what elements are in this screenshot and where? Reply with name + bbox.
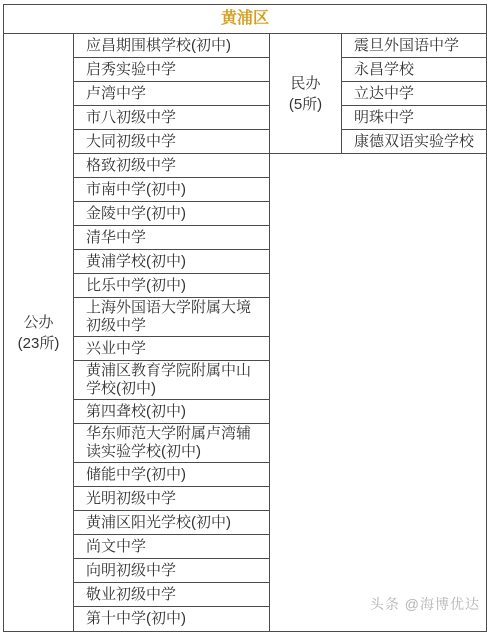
right-section: 民办 (5所) 震旦外国语中学 永昌学校 立达中学 明珠中学 康德双语实验学校 — [270, 34, 486, 631]
public-school-cell: 黄浦学校(初中) — [74, 250, 269, 274]
private-schools-column: 震旦外国语中学 永昌学校 立达中学 明珠中学 康德双语实验学校 — [342, 34, 486, 154]
public-school-cell: 卢湾中学 — [74, 82, 269, 106]
public-school-cell: 第四聋校(初中) — [74, 400, 269, 424]
private-label-cell: 民办 (5所) — [270, 34, 342, 154]
public-school-cell: 清华中学 — [74, 226, 269, 250]
private-school-cell: 康德双语实验学校 — [342, 130, 486, 154]
public-school-cell: 启秀实验中学 — [74, 58, 269, 82]
public-label-cell: 公办 (23所) — [4, 34, 74, 631]
public-school-cell: 黄浦区教育学院附属中山学校(初中) — [74, 361, 269, 400]
private-school-cell: 明珠中学 — [342, 106, 486, 130]
public-school-cell: 光明初级中学 — [74, 487, 269, 511]
empty-merged-cell — [270, 154, 486, 631]
public-school-cell: 市南中学(初中) — [74, 178, 269, 202]
public-school-cell: 尚文中学 — [74, 535, 269, 559]
public-school-cell: 黄浦区阳光学校(初中) — [74, 511, 269, 535]
public-label-line2: (23所) — [18, 333, 60, 354]
district-header: 黄浦区 — [4, 5, 486, 34]
public-school-cell: 市八初级中学 — [74, 106, 269, 130]
page: 黄浦区 公办 (23所) 应昌期围棋学校(初中) 启秀实验中学 卢湾中学 市八初… — [0, 0, 487, 633]
public-school-cell: 储能中学(初中) — [74, 463, 269, 487]
public-school-cell: 上海外国语大学附属大境初级中学 — [74, 298, 269, 337]
school-table: 黄浦区 公办 (23所) 应昌期围棋学校(初中) 启秀实验中学 卢湾中学 市八初… — [3, 4, 487, 632]
public-school-cell: 第十中学(初中) — [74, 607, 269, 631]
public-school-cell: 向明初级中学 — [74, 559, 269, 583]
public-school-cell: 兴业中学 — [74, 337, 269, 361]
private-school-cell: 震旦外国语中学 — [342, 34, 486, 58]
public-school-cell: 大同初级中学 — [74, 130, 269, 154]
private-section: 民办 (5所) 震旦外国语中学 永昌学校 立达中学 明珠中学 康德双语实验学校 — [270, 34, 486, 154]
private-school-cell: 立达中学 — [342, 82, 486, 106]
table-body: 公办 (23所) 应昌期围棋学校(初中) 启秀实验中学 卢湾中学 市八初级中学 … — [4, 34, 486, 631]
private-label-line2: (5所) — [289, 94, 322, 115]
private-school-cell: 永昌学校 — [342, 58, 486, 82]
public-school-cell: 敬业初级中学 — [74, 583, 269, 607]
public-schools-column: 应昌期围棋学校(初中) 启秀实验中学 卢湾中学 市八初级中学 大同初级中学 格致… — [74, 34, 270, 631]
public-school-cell: 华东师范大学附属卢湾辅读实验学校(初中) — [74, 424, 269, 463]
watermark: 头条 @海博优达 — [370, 594, 480, 614]
private-label-line1: 民办 — [290, 73, 320, 94]
public-school-cell: 应昌期围棋学校(初中) — [74, 34, 269, 58]
public-school-cell: 金陵中学(初中) — [74, 202, 269, 226]
public-school-cell: 比乐中学(初中) — [74, 274, 269, 298]
public-label-line1: 公办 — [23, 312, 53, 333]
public-school-cell: 格致初级中学 — [74, 154, 269, 178]
